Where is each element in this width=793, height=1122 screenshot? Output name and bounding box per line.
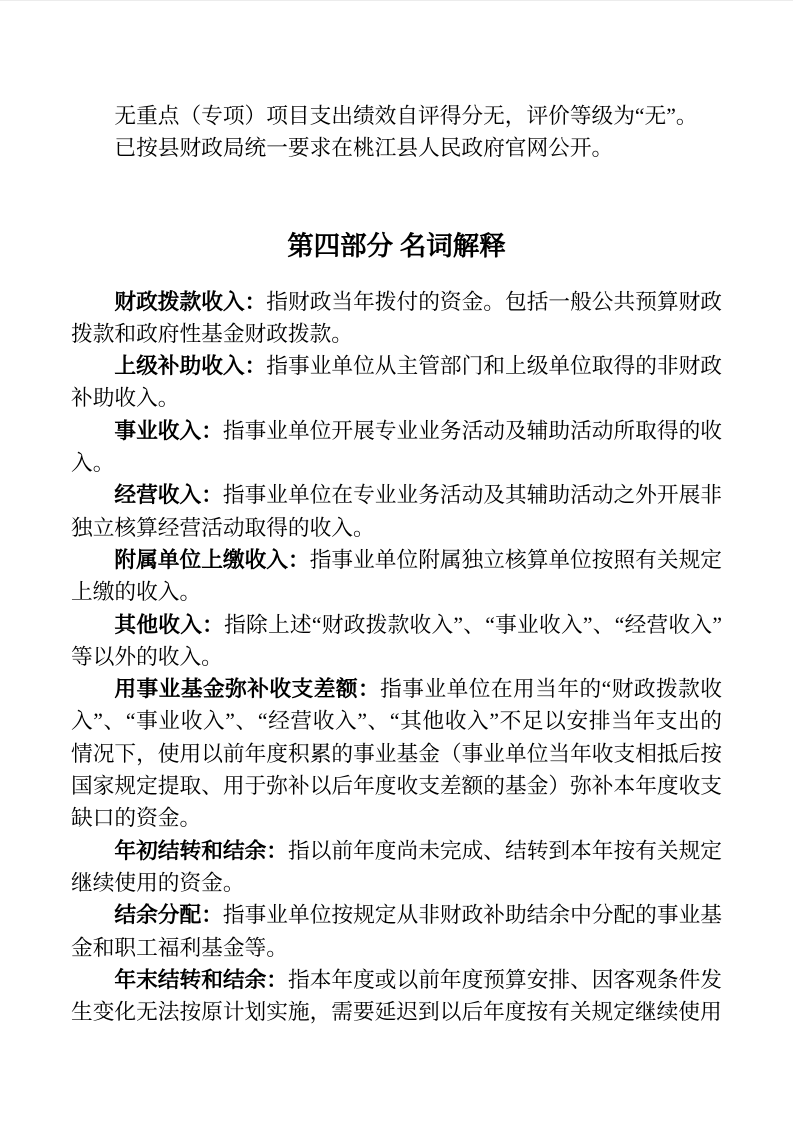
section-heading: 第四部分 名词解释 xyxy=(71,229,722,263)
definition-paragraph: 上级补助收入：指事业单位从主管部门和上级单位取得的非财政补助收入。 xyxy=(71,350,722,415)
definition-term: 结余分配： xyxy=(114,903,223,927)
definition-term: 其他收入： xyxy=(114,613,224,637)
definition-term: 用事业基金弥补收支差额： xyxy=(114,677,380,701)
document-content: 无重点（专项）项目支出绩效自评得分无，评价等级为“无”。 已按县财政局统一要求在… xyxy=(71,1,722,1028)
definition-term: 年末结转和结余： xyxy=(114,968,288,992)
intro-paragraph-1: 无重点（专项）项目支出绩效自评得分无，评价等级为“无”。 xyxy=(71,100,722,132)
definition-paragraph: 年末结转和结余：指本年度或以前年度预算安排、因客观条件发生变化无法按原计划实施，… xyxy=(71,964,722,1029)
definition-paragraph: 经营收入：指事业单位在专业业务活动及其辅助活动之外开展非独立核算经营活动取得的收… xyxy=(71,479,722,544)
definition-paragraph: 其他收入：指除上述“财政拨款收入”、“事业收入”、“经营收入”等以外的收入。 xyxy=(71,609,722,674)
definition-term: 年初结转和结余： xyxy=(114,839,288,863)
definition-paragraph: 附属单位上缴收入：指事业单位附属独立核算单位按照有关规定上缴的收入。 xyxy=(71,544,722,609)
definition-paragraph: 事业收入：指事业单位开展专业业务活动及辅助活动所取得的收入。 xyxy=(71,415,722,480)
document-page: 无重点（专项）项目支出绩效自评得分无，评价等级为“无”。 已按县财政局统一要求在… xyxy=(0,0,793,1122)
definition-paragraph: 结余分配：指事业单位按规定从非财政补助结余中分配的事业基金和职工福利基金等。 xyxy=(71,899,722,964)
definition-term: 财政拨款收入： xyxy=(114,290,266,314)
definition-term: 事业收入： xyxy=(114,419,223,443)
intro-paragraph-2: 已按县财政局统一要求在桃江县人民政府官网公开。 xyxy=(71,132,722,164)
definition-term: 附属单位上缴收入： xyxy=(114,548,309,572)
definition-term: 上级补助收入： xyxy=(114,354,266,378)
definition-paragraph: 用事业基金弥补收支差额：指事业单位在用当年的“财政拨款收入”、“事业收入”、“经… xyxy=(71,673,722,834)
definition-paragraph: 年初结转和结余：指以前年度尚未完成、结转到本年按有关规定继续使用的资金。 xyxy=(71,835,722,900)
definition-term: 经营收入： xyxy=(114,483,223,507)
definition-paragraph: 财政拨款收入：指财政当年拨付的资金。包括一般公共预算财政拨款和政府性基金财政拨款… xyxy=(71,286,722,351)
